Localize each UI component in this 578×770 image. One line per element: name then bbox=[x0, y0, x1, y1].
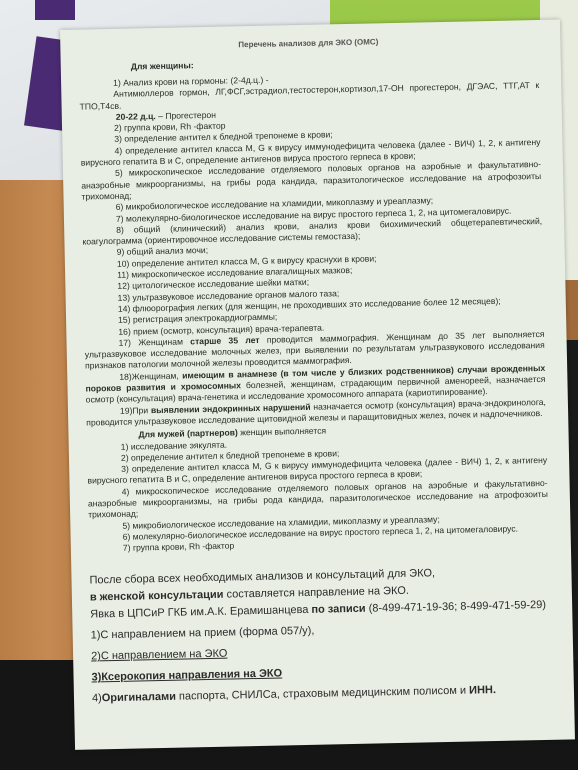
background-pharmacy-label bbox=[35, 0, 75, 20]
progesterone: – Прогестерон bbox=[156, 110, 216, 121]
women-heading: Для женщины: bbox=[131, 53, 539, 72]
document-title: Перечень анализов для ЭКО (ОМС) bbox=[78, 34, 538, 53]
document-sheet: Перечень анализов для ЭКО (ОМС) Для женщ… bbox=[60, 20, 575, 750]
footer-instructions: После сбора всех необходимых анализов и … bbox=[89, 563, 552, 708]
cycle-days: 20-22 д.ц. bbox=[116, 111, 156, 122]
